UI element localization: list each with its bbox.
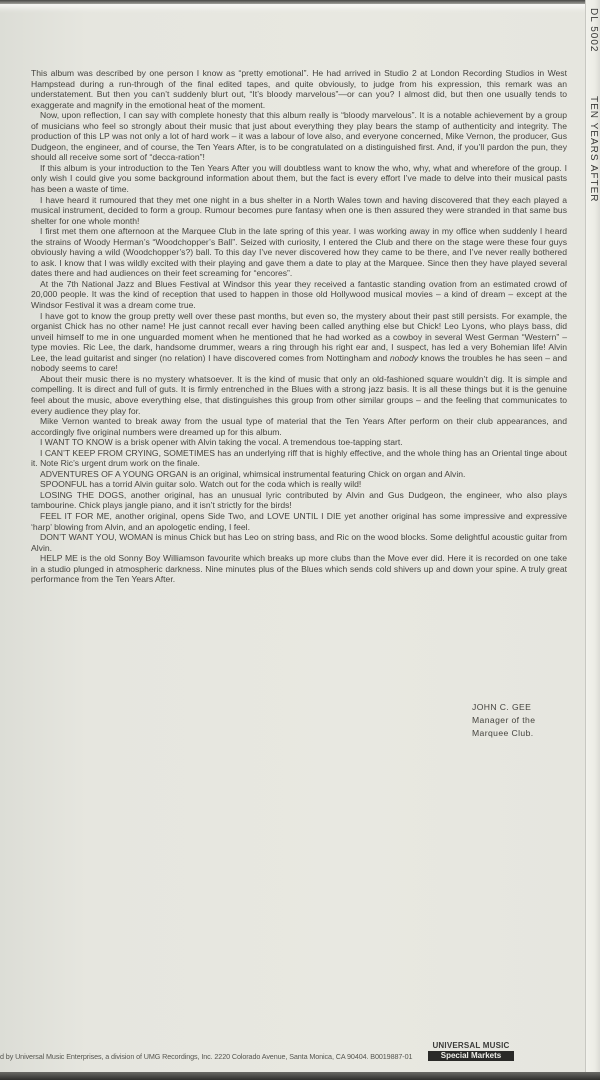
album-back-cover: This album was described by one person I…: [0, 4, 585, 1072]
spine-catalog-number: DL 5002: [588, 8, 599, 52]
sleeve-bottom-edge: [0, 1072, 600, 1080]
track-note: SPOONFUL has a torrid Alvin guitar solo.…: [31, 479, 567, 490]
emphasis: nobody: [390, 353, 418, 363]
signature-title: Manager of the: [472, 714, 535, 727]
track-note: ADVENTURES OF A YOUNG ORGAN is an origin…: [31, 469, 567, 480]
track-note: LOSING THE DOGS, another original, has a…: [31, 490, 567, 511]
logo-wordmark: UNIVERSAL MUSIC: [428, 1041, 514, 1050]
liner-paragraph: About their music there is no mystery wh…: [31, 374, 567, 416]
track-note: HELP ME is the old Sonny Boy Williamson …: [31, 553, 567, 585]
liner-paragraph: If this album is your introduction to th…: [31, 163, 567, 195]
liner-paragraph: At the 7th National Jazz and Blues Festi…: [31, 279, 567, 311]
universal-music-logo: UNIVERSAL MUSIC Special Markets: [428, 1041, 514, 1061]
logo-band: Special Markets: [428, 1051, 514, 1061]
album-spine: DL 5002 TEN YEARS AFTER: [585, 0, 600, 1080]
track-note: I CAN’T KEEP FROM CRYING, SOMETIMES has …: [31, 448, 567, 469]
spine-title: TEN YEARS AFTER: [588, 96, 599, 203]
liner-paragraph: I have got to know the group pretty well…: [31, 311, 567, 374]
track-note: FEEL IT FOR ME, another original, opens …: [31, 511, 567, 532]
liner-notes: This album was described by one person I…: [31, 68, 567, 585]
track-note: I WANT TO KNOW is a brisk opener with Al…: [31, 437, 567, 448]
liner-paragraph: I first met them one afternoon at the Ma…: [31, 226, 567, 279]
signature-name: JOHN C. GEE: [472, 701, 535, 714]
liner-paragraph: Mike Vernon wanted to break away from th…: [31, 416, 567, 437]
track-note: DON’T WANT YOU, WOMAN is minus Chick but…: [31, 532, 567, 553]
liner-paragraph: This album was described by one person I…: [31, 68, 567, 110]
liner-paragraph: Now, upon reflection, I can say with com…: [31, 110, 567, 163]
signature-block: JOHN C. GEE Manager of the Marquee Club.: [472, 701, 535, 740]
liner-paragraph: I have heard it rumoured that they met o…: [31, 195, 567, 227]
legal-credit: d by Universal Music Enterprises, a divi…: [0, 1052, 412, 1061]
signature-title: Marquee Club.: [472, 727, 535, 740]
